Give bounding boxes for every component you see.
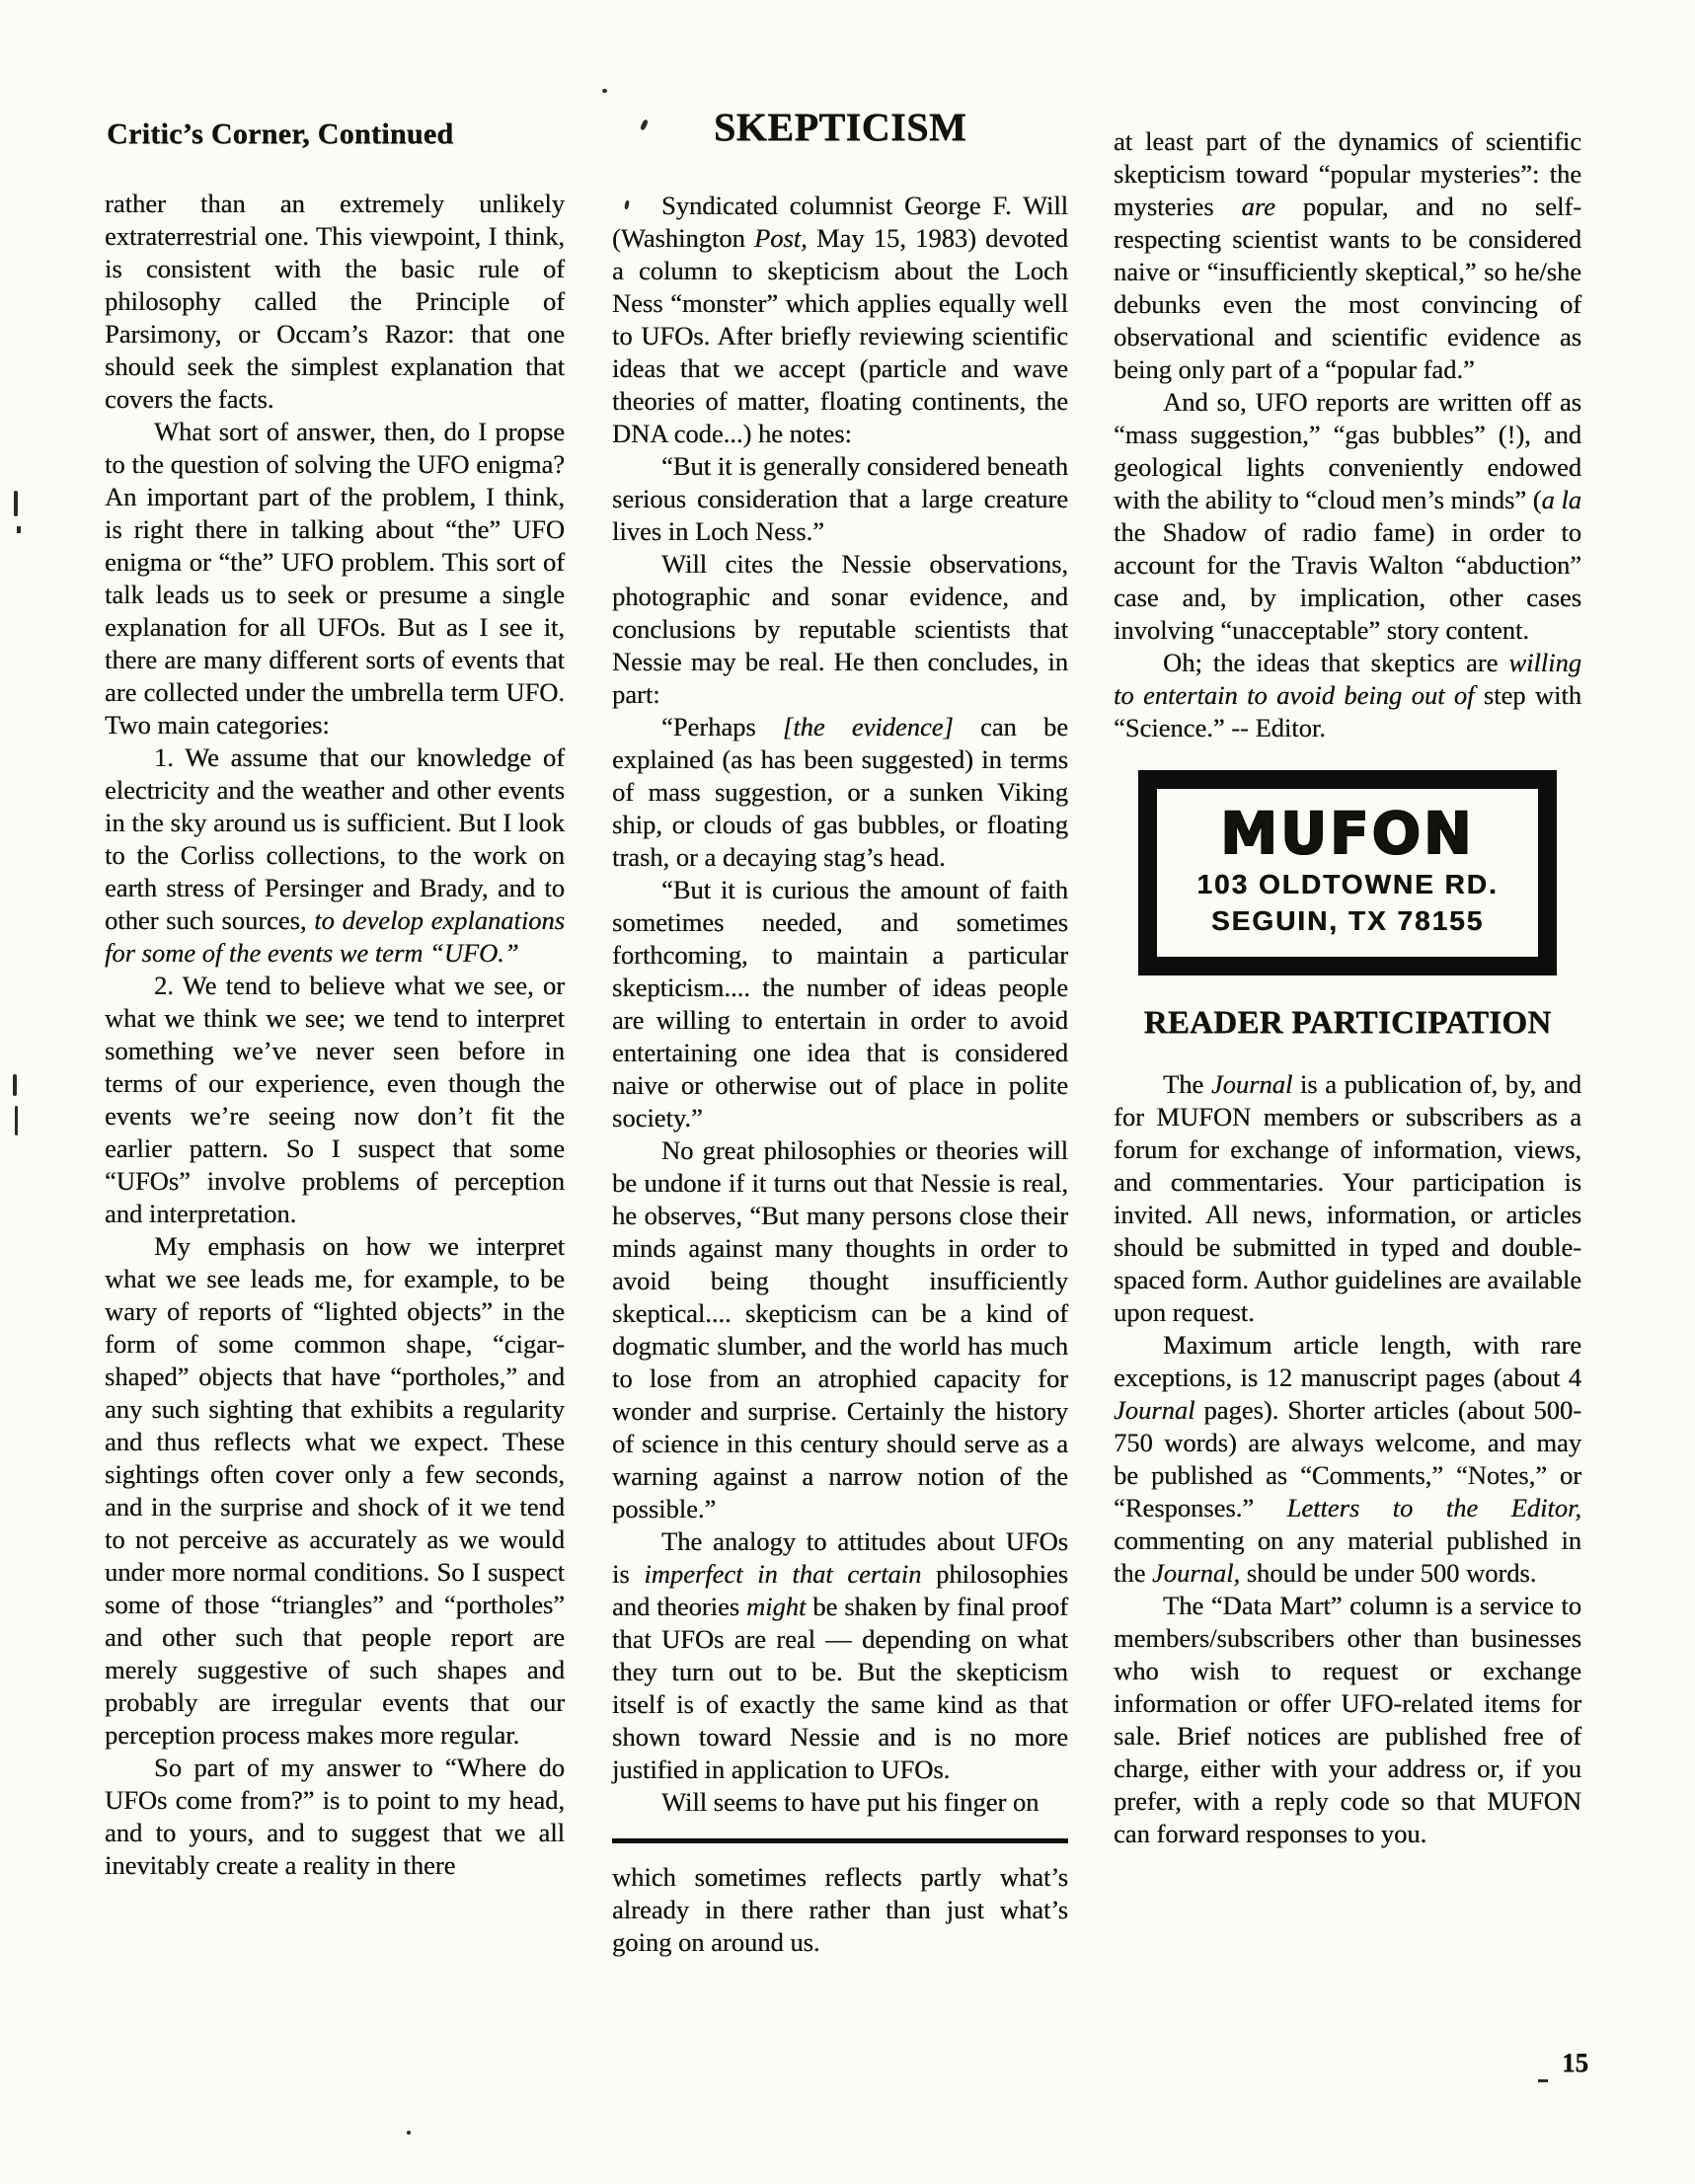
text-run: is a publication of, by, and for MUFON m… xyxy=(1114,1069,1581,1327)
text-run: Will cites the Nessie observations, phot… xyxy=(612,549,1068,709)
text-run: Will seems to have put his finger on xyxy=(661,1787,1039,1817)
scan-artifact xyxy=(14,491,18,516)
paragraph: So part of my answer to “Where do UFOs c… xyxy=(105,1752,565,1882)
italic-text-run: Journal xyxy=(1114,1395,1194,1425)
paragraph: The “Data Mart” column is a service to m… xyxy=(1114,1590,1581,1850)
italic-text-run: [the evidence] xyxy=(783,712,954,741)
paragraph: Syndicated columnist George F. Will (Was… xyxy=(612,190,1068,450)
scan-artifact xyxy=(17,526,21,533)
paragraph: What sort of answer, then, do I propse t… xyxy=(105,416,565,741)
text-run: Oh; the ideas that skeptics are xyxy=(1163,648,1508,677)
paragraph: Oh; the ideas that skeptics are willing … xyxy=(1114,647,1581,744)
paragraph: rather than an extremely unlikely extrat… xyxy=(105,188,565,416)
text-run: rather than an extremely unlikely extrat… xyxy=(105,189,565,414)
scan-artifact xyxy=(13,1074,17,1096)
scan-artifact xyxy=(602,89,607,93)
mufon-logo-text: MUFON xyxy=(1163,801,1532,866)
text-run: No great philosophies or theories will b… xyxy=(612,1135,1068,1523)
paragraph: at least part of the dynamics of scienti… xyxy=(1114,125,1581,386)
paragraph: Will cites the Nessie observations, phot… xyxy=(612,548,1068,711)
reader-participation-body: The Journal is a publication of, by, and… xyxy=(1114,1068,1581,1850)
footnote-divider-rule xyxy=(612,1838,1068,1843)
italic-text-run: Journal xyxy=(1211,1069,1292,1099)
italic-text-run: Journal, xyxy=(1152,1558,1240,1588)
paragraph: And so, UFO reports are written off as “… xyxy=(1114,386,1581,647)
italic-text-run: Post, xyxy=(754,223,808,253)
text-run: So part of my answer to “Where do UFOs c… xyxy=(105,1753,565,1880)
scan-artifact xyxy=(1538,2079,1548,2082)
text-run: Maximum article length, with rare except… xyxy=(1114,1330,1581,1392)
paragraph: 1. We assume that our knowledge of elect… xyxy=(105,741,565,970)
page-number: 15 xyxy=(1562,2048,1588,2078)
paragraph: 2. We tend to believe what we see, or wh… xyxy=(105,970,565,1230)
italic-text-run: might xyxy=(746,1592,806,1621)
reader-participation-heading: READER PARTICIPATION xyxy=(1114,1003,1581,1043)
text-run: The “Data Mart” column is a service to m… xyxy=(1114,1591,1581,1848)
paragraph: “But it is generally considered beneath … xyxy=(612,450,1068,548)
text-run: May 15, 1983) devoted a column to skepti… xyxy=(612,223,1068,448)
text-run: What sort of answer, then, do I propse t… xyxy=(105,417,565,740)
text-run: 2. We tend to believe what we see, or wh… xyxy=(105,971,565,1228)
italic-text-run: imperfect in that certain xyxy=(644,1559,921,1589)
text-run: The xyxy=(1163,1069,1211,1099)
text-run: which sometimes reflects partly what’s a… xyxy=(612,1862,1068,1957)
scan-artifact xyxy=(407,2131,411,2135)
paragraph: The Journal is a publication of, by, and… xyxy=(1114,1068,1581,1329)
scan-artifact xyxy=(15,1106,18,1135)
mufon-address-line2: SEGUIN, TX 78155 xyxy=(1163,902,1532,939)
mufon-address-line1: 103 OLDTOWNE RD. xyxy=(1163,866,1532,902)
italic-text-run: are xyxy=(1242,192,1275,221)
paragraph: which sometimes reflects partly what’s a… xyxy=(612,1861,1068,1959)
text-run: “Perhaps xyxy=(661,712,783,741)
left-column: Critic’s Corner, Continued rather than a… xyxy=(105,0,565,1882)
italic-text-run: a la xyxy=(1542,485,1582,514)
paragraph: My emphasis on how we interpret what we … xyxy=(105,1230,565,1752)
paragraph: Will seems to have put his finger on xyxy=(612,1786,1068,1819)
skepticism-article-continuation: at least part of the dynamics of scienti… xyxy=(1114,125,1581,744)
paragraph: The analogy to attitudes about UFOs is i… xyxy=(612,1525,1068,1786)
paragraph: Maximum article length, with rare except… xyxy=(1114,1329,1581,1590)
skepticism-article-body: Syndicated columnist George F. Will (Was… xyxy=(612,190,1068,1819)
right-column: at least part of the dynamics of scienti… xyxy=(1114,0,1581,1850)
journal-page: Critic’s Corner, Continued rather than a… xyxy=(0,0,1695,2184)
skepticism-article-title: SKEPTICISM xyxy=(612,105,1068,150)
continuation-footnote: which sometimes reflects partly what’s a… xyxy=(612,1861,1068,1959)
text-run: the Shadow of radio fame) in order to ac… xyxy=(1114,517,1581,645)
paragraph: No great philosophies or theories will b… xyxy=(612,1134,1068,1525)
paragraph: “Perhaps [the evidence] can be explained… xyxy=(612,711,1068,874)
italic-text-run: Letters to the Editor, xyxy=(1287,1493,1581,1522)
text-run: “But it is generally considered beneath … xyxy=(612,451,1068,546)
middle-column: SKEPTICISM Syndicated columnist George F… xyxy=(612,0,1068,1959)
text-run: “But it is curious the amount of faith s… xyxy=(612,875,1068,1132)
paragraph: “But it is curious the amount of faith s… xyxy=(612,874,1068,1134)
text-run: My emphasis on how we interpret what we … xyxy=(105,1231,565,1750)
left-column-body: rather than an extremely unlikely extrat… xyxy=(105,188,565,1882)
text-run: should be under 500 words. xyxy=(1240,1558,1536,1588)
critics-corner-heading: Critic’s Corner, Continued xyxy=(107,117,565,152)
mufon-address-box: MUFON 103 OLDTOWNE RD. SEGUIN, TX 78155 xyxy=(1138,770,1557,975)
text-run: And so, UFO reports are written off as “… xyxy=(1114,387,1581,514)
